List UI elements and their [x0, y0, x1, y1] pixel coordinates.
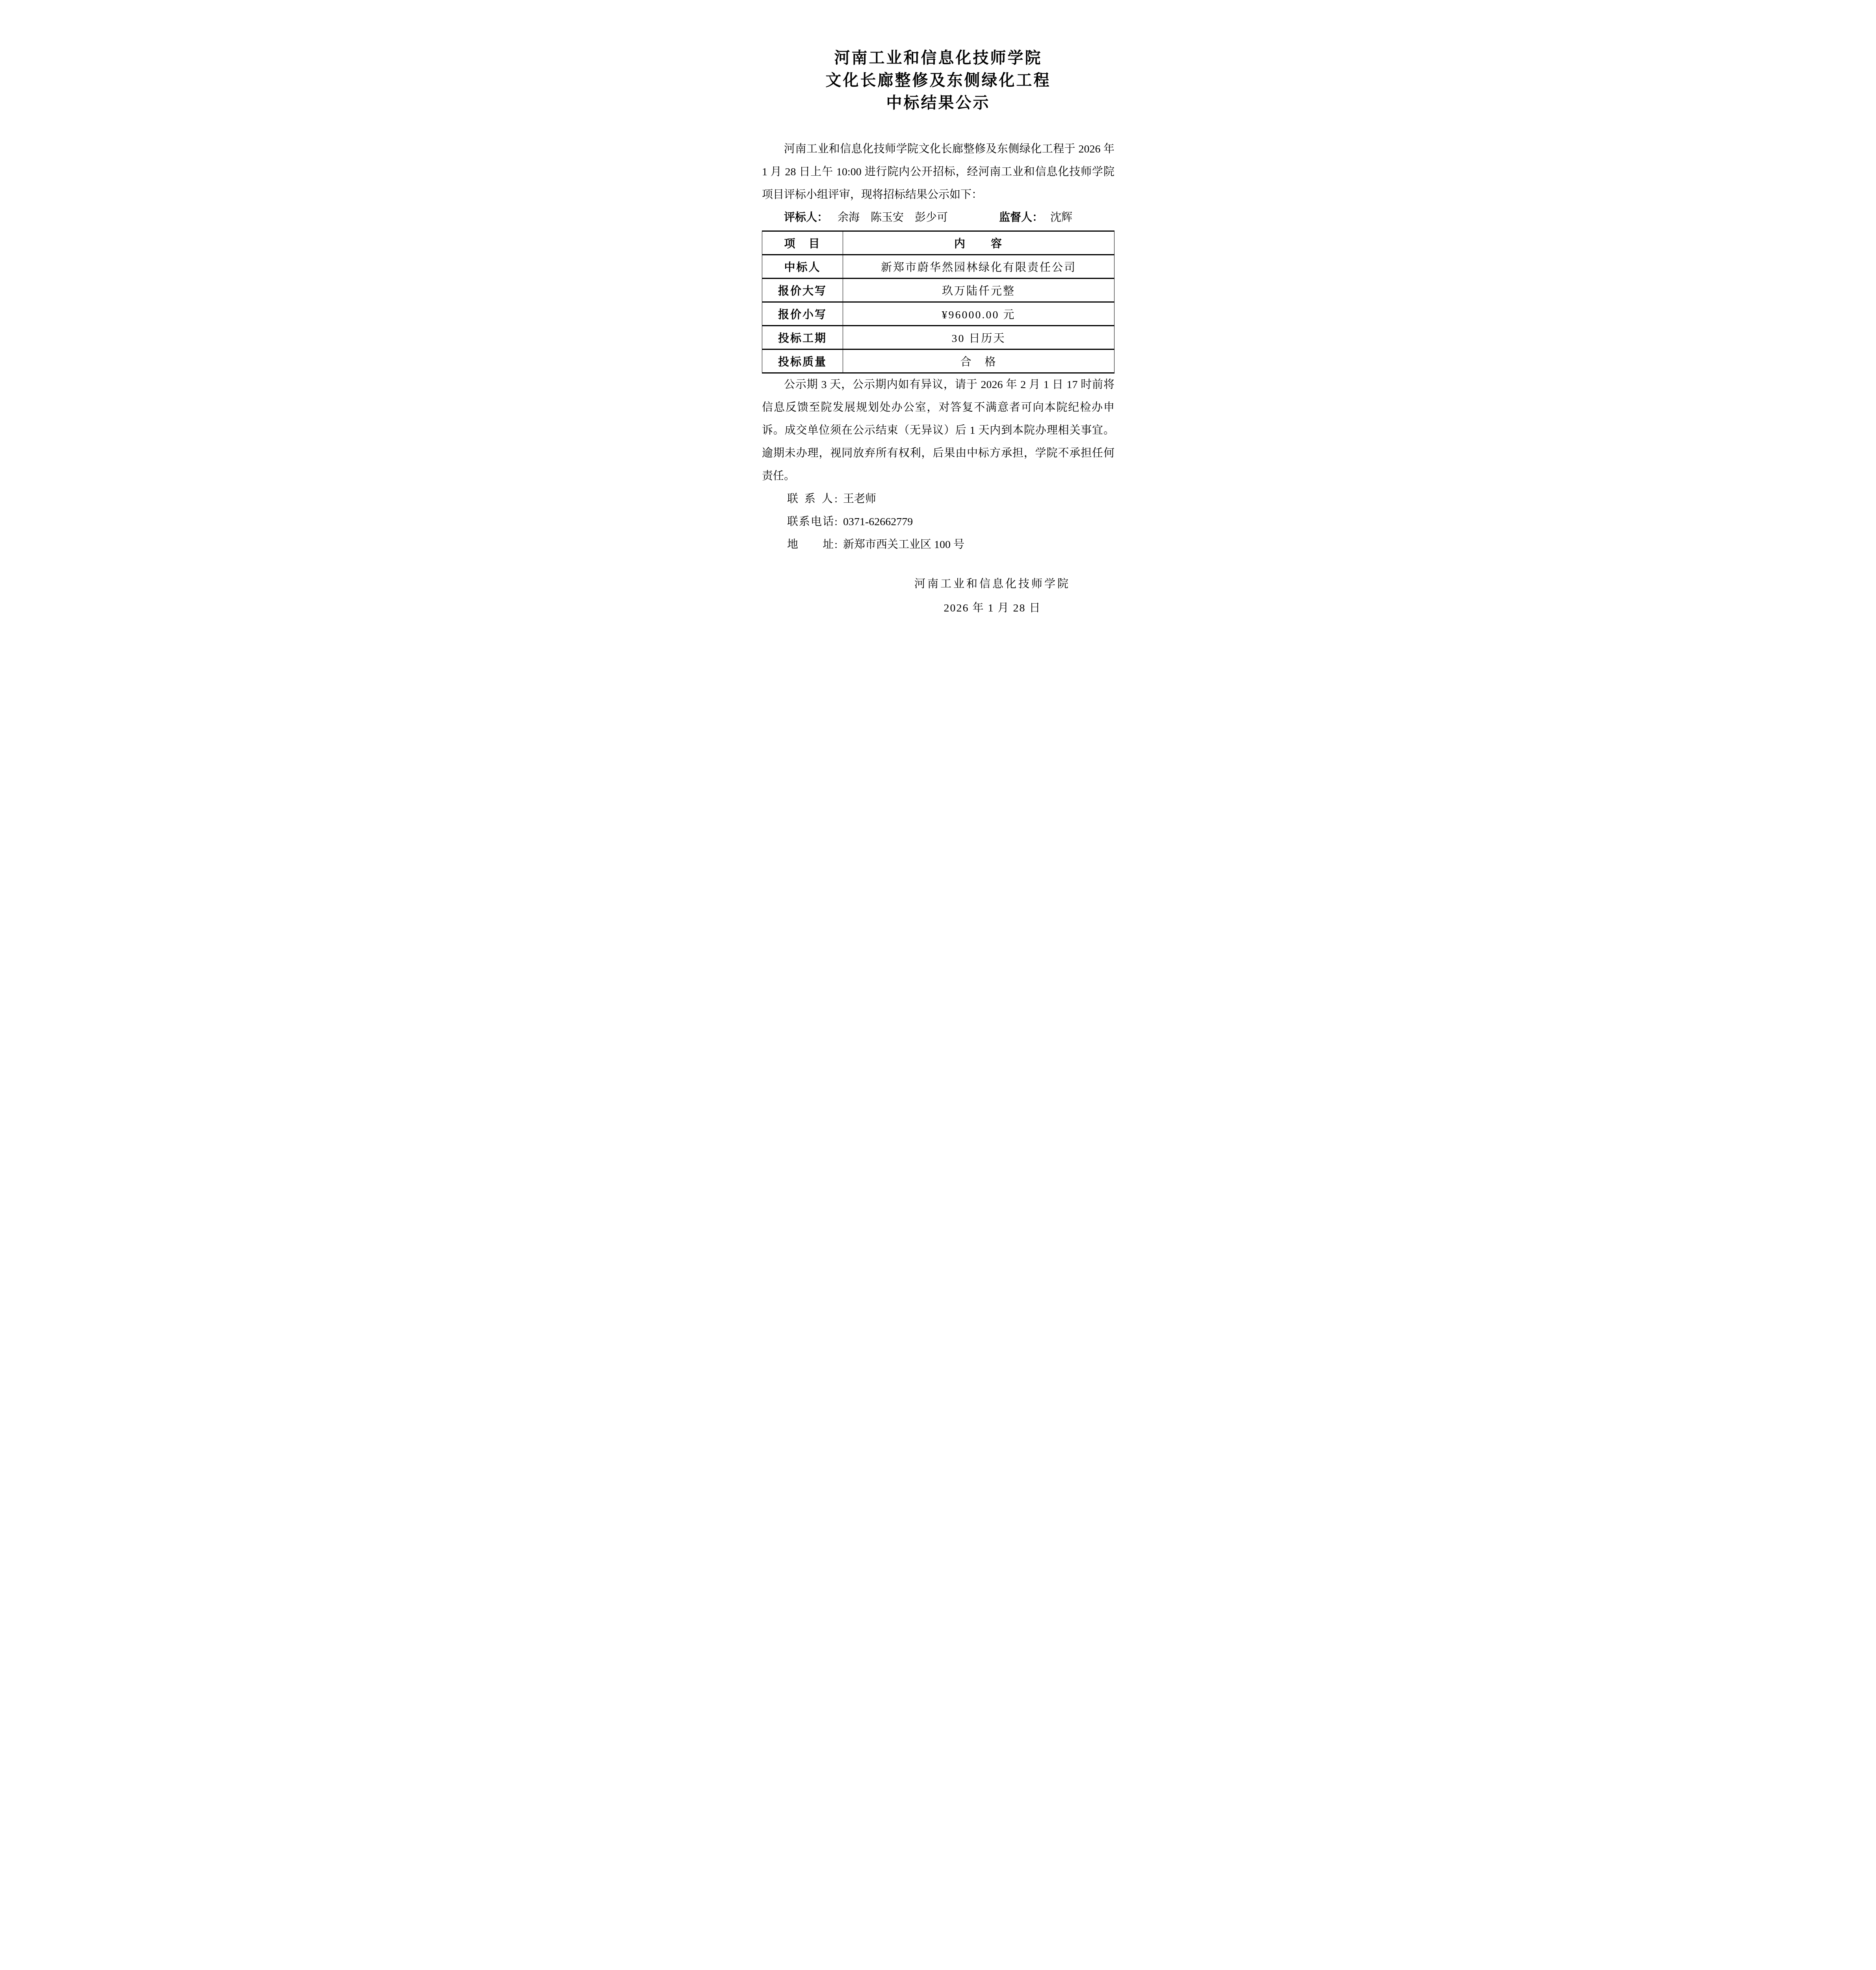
row-label-winner: 中标人	[762, 255, 843, 279]
table-row-winner: 中标人 新郑市蔚华然园林绿化有限责任公司	[762, 255, 1114, 279]
row-label-quality: 投标质量	[762, 349, 843, 373]
table-header-item: 项 目	[762, 231, 843, 255]
contact-phone-label: 联系电话:	[787, 511, 838, 533]
contact-person-line: 联 系 人:王老师	[787, 488, 1114, 511]
table-row-quality: 投标质量 合 格	[762, 349, 1114, 373]
evaluators-label: 评标人：	[784, 212, 828, 224]
contact-person-label: 联 系 人:	[787, 488, 838, 511]
intro-paragraph: 河南工业和信息化技师学院文化长廊整修及东侧绿化工程于 2026 年 1 月 28…	[762, 138, 1114, 206]
document-title: 河南工业和信息化技师学院 文化长廊整修及东侧绿化工程 中标结果公示	[762, 46, 1114, 114]
evaluators-line: 评标人：余海 陈玉安 彭少可监督人：沈辉	[762, 206, 1114, 229]
row-value-winner: 新郑市蔚华然园林绿化有限责任公司	[843, 255, 1114, 279]
document-page: 河南工业和信息化技师学院 文化长廊整修及东侧绿化工程 中标结果公示 河南工业和信…	[704, 0, 1172, 663]
title-line-3: 中标结果公示	[762, 91, 1114, 114]
contact-phone-value: 0371-62662779	[843, 516, 913, 528]
table-header-row: 项 目 内 容	[762, 231, 1114, 255]
table-row-duration: 投标工期 30 日历天	[762, 326, 1114, 349]
supervisor-label: 监督人：	[999, 212, 1043, 224]
title-line-2: 文化长廊整修及东侧绿化工程	[762, 69, 1114, 91]
title-line-1: 河南工业和信息化技师学院	[762, 46, 1114, 69]
supervisor-name: 沈辉	[1050, 212, 1072, 224]
table-header-content: 内 容	[843, 231, 1114, 255]
bid-result-table: 项 目 内 容 中标人 新郑市蔚华然园林绿化有限责任公司 报价大写 玖万陆仟元整…	[762, 230, 1114, 374]
contact-address-value: 新郑市西关工业区 100 号	[843, 539, 964, 551]
row-value-price-words: 玖万陆仟元整	[843, 279, 1114, 302]
row-label-duration: 投标工期	[762, 326, 843, 349]
signature-date: 2026 年 1 月 28 日	[864, 597, 1120, 620]
signature-org: 河南工业和信息化技师学院	[864, 573, 1120, 596]
row-value-quality: 合 格	[843, 349, 1114, 373]
evaluator-names: 余海 陈玉安 彭少可	[838, 212, 948, 224]
contact-address-label: 地 址:	[787, 533, 838, 556]
row-label-price-words: 报价大写	[762, 279, 843, 302]
contact-block: 联 系 人:王老师 联系电话:0371-62662779 地 址:新郑市西关工业…	[762, 488, 1114, 556]
contact-person-value: 王老师	[843, 493, 876, 505]
signature-block: 河南工业和信息化技师学院 2026 年 1 月 28 日	[864, 573, 1120, 620]
notice-paragraph: 公示期 3 天，公示期内如有异议，请于 2026 年 2 月 1 日 17 时前…	[762, 374, 1114, 488]
contact-address-line: 地 址:新郑市西关工业区 100 号	[787, 533, 1114, 556]
row-value-duration: 30 日历天	[843, 326, 1114, 349]
table-row-price-words: 报价大写 玖万陆仟元整	[762, 279, 1114, 302]
row-value-price-figures: ¥96000.00 元	[843, 302, 1114, 326]
contact-phone-line: 联系电话:0371-62662779	[787, 511, 1114, 533]
table-row-price-figures: 报价小写 ¥96000.00 元	[762, 302, 1114, 326]
row-label-price-figures: 报价小写	[762, 302, 843, 326]
